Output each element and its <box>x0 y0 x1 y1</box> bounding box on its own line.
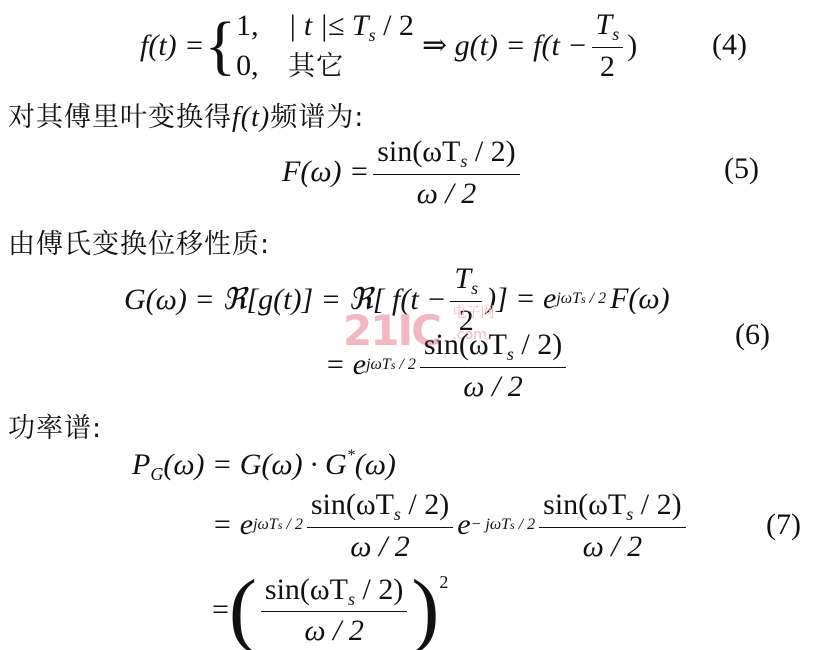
frac-den: ω / 2 <box>413 175 481 210</box>
case-1-condition: | t |≤ Ts / 2 <box>288 9 414 42</box>
T: T <box>454 262 471 295</box>
frac-num: Ts <box>450 262 482 302</box>
eq7-line1-rest: (ω) = G(ω) · G <box>163 448 346 481</box>
half: / 2 <box>376 9 414 42</box>
eq4-lhs: f(t) = <box>140 29 204 63</box>
case-2-condition: 其它 <box>288 51 344 82</box>
eq5-lhs: F(ω) = <box>282 155 369 189</box>
sin-open: sin(ωT <box>377 135 460 168</box>
sub-s: s <box>471 278 478 298</box>
sin-close: / 2) <box>633 488 681 521</box>
sub-s: s <box>348 589 355 609</box>
sub-G: G <box>150 464 163 484</box>
exp-neg: − jωT <box>471 516 510 533</box>
eq6-mid: )] = e <box>486 282 556 316</box>
equation-7-line-3: = ( sin(ωTs / 2) ω / 2 ) 2 <box>212 568 448 650</box>
intro-ft: f(t) <box>232 102 270 133</box>
sin-open: sin(ωT <box>265 573 348 606</box>
eq7-frac-2: sin(ωTs / 2) ω / 2 <box>539 488 685 563</box>
frac-num: sin(ωTs / 2) <box>307 488 453 528</box>
equation-4: f(t) = { 1, | t |≤ Ts / 2 0, 其它 ⇒ g(t) =… <box>140 8 637 83</box>
e: e <box>457 508 470 542</box>
P: P <box>132 448 150 481</box>
exponent: jωTs / 2 <box>556 290 606 308</box>
exp-pos: jωT <box>366 356 391 373</box>
frac-den: ω / 2 <box>459 368 527 403</box>
eq6-F: F(ω) <box>610 282 670 316</box>
left-paren: ( <box>229 568 257 650</box>
exp-half: / 2 <box>515 516 535 533</box>
intro-part-b: 频谱为: <box>270 102 364 133</box>
equation-number-6: (6) <box>735 318 770 352</box>
sin-close: / 2) <box>514 328 562 361</box>
case-1-value: 1, <box>236 9 259 42</box>
exponent-neg: − jωTs / 2 <box>471 516 536 534</box>
sin-open: sin(ωT <box>311 488 394 521</box>
sin-close: / 2) <box>467 135 515 168</box>
exp-half: / 2 <box>586 290 606 307</box>
frac-den: 2 <box>596 48 619 83</box>
eq7-frac-3: sin(ωTs / 2) ω / 2 <box>261 573 407 648</box>
equation-number-7: (7) <box>766 508 801 542</box>
exponent: jωTs / 2 <box>366 356 416 374</box>
eq4-brace: { <box>204 13 236 79</box>
sub-s: s <box>369 25 376 45</box>
frac-num: sin(ωTs / 2) <box>539 488 685 528</box>
equation-number-4: (4) <box>712 28 747 62</box>
eq6-frac-2: sin(ωTs / 2) ω / 2 <box>420 328 566 403</box>
conj-star: * <box>347 447 355 464</box>
right-paren: ) <box>411 568 439 650</box>
equation-7-line-2: = e jωTs / 2 sin(ωTs / 2) ω / 2 e − jωTs… <box>212 488 690 563</box>
frac-den: ω / 2 <box>579 528 647 563</box>
sin-open: sin(ωT <box>543 488 626 521</box>
eq4-case-1: 1, | t |≤ Ts / 2 <box>236 7 414 47</box>
watermark-top: 电子网 <box>453 306 495 320</box>
sin-open: sin(ωT <box>424 328 507 361</box>
exp-pos: jωT <box>253 516 278 533</box>
T: T <box>596 8 613 41</box>
equation-5: F(ω) = sin(ωTs / 2) ω / 2 <box>282 135 524 210</box>
omega-paren: (ω) <box>355 448 396 481</box>
equation-6-line-2: = e jωTs / 2 sin(ωTs / 2) ω / 2 <box>325 328 570 403</box>
cond-text: | t |≤ T <box>288 9 368 42</box>
sub-s: s <box>507 344 514 364</box>
eq7-frac-1: sin(ωTs / 2) ω / 2 <box>307 488 453 563</box>
shift-property-text: 由傅氏变换位移性质: <box>8 222 270 261</box>
sub-s: s <box>394 504 401 524</box>
square-exponent: 2 <box>439 572 448 593</box>
equation-number-5: (5) <box>724 152 759 186</box>
eq4-implies: ⇒ g(t) = f(t − <box>422 28 588 63</box>
frac-num: sin(ωTs / 2) <box>373 135 519 175</box>
eq4-cases: 1, | t |≤ Ts / 2 0, 其它 <box>236 7 414 84</box>
sin-close: / 2) <box>355 573 403 606</box>
close-paren: ) <box>627 29 637 63</box>
case-2-value: 0, <box>236 49 259 82</box>
power-spectrum-text: 功率谱: <box>8 406 102 445</box>
eq-e: = e <box>212 508 253 542</box>
intro-part-a: 对其傅里叶变换得 <box>8 102 232 133</box>
eq4-frac: Ts 2 <box>592 8 624 83</box>
frac-den: ω / 2 <box>300 612 368 647</box>
exp-half: / 2 <box>282 516 302 533</box>
fourier-intro-text: 对其傅里叶变换得f(t)频谱为: <box>8 95 364 134</box>
eq-e: = e <box>325 348 366 382</box>
eq: = <box>212 593 229 627</box>
eq4-case-2: 0, 其它 <box>236 47 414 85</box>
frac-num: sin(ωTs / 2) <box>420 328 566 368</box>
frac-num: sin(ωTs / 2) <box>261 573 407 613</box>
frac-num: Ts <box>592 8 624 48</box>
exp-half: / 2 <box>395 356 415 373</box>
frac-den: ω / 2 <box>346 528 414 563</box>
equation-7-line-1: PG(ω) = G(ω) · G*(ω) <box>132 447 396 485</box>
exp-pos: jωT <box>556 290 581 307</box>
sub-s: s <box>612 24 619 44</box>
exponent-pos: jωTs / 2 <box>253 516 303 534</box>
eq5-frac: sin(ωTs / 2) ω / 2 <box>373 135 519 210</box>
sin-close: / 2) <box>401 488 449 521</box>
